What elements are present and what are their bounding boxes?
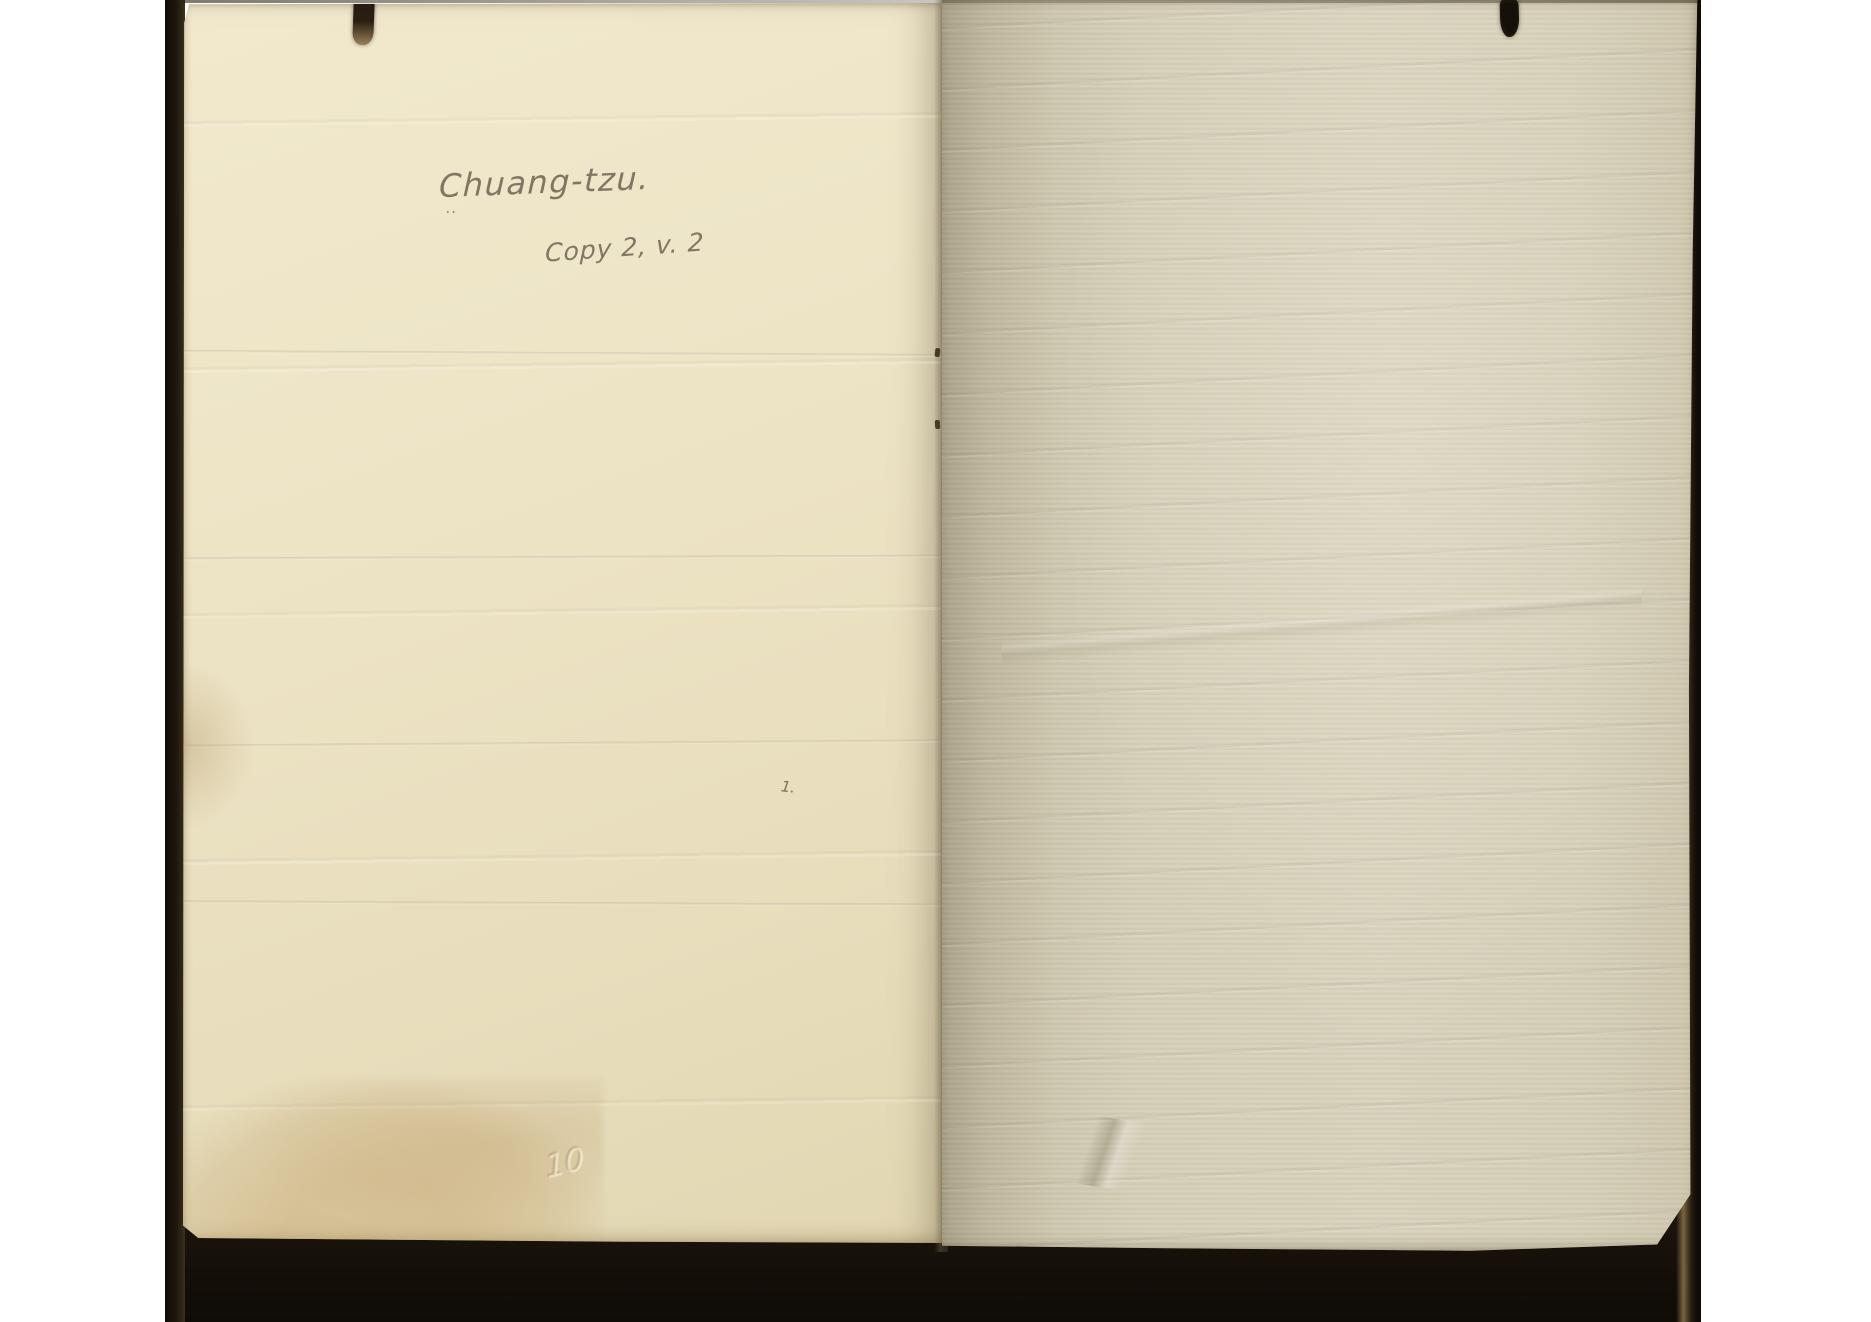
handwritten-title: Chuang-tzu. <box>438 159 650 205</box>
book-left-edge <box>165 0 185 1322</box>
fastener-hole-right-icon <box>1499 0 1519 37</box>
water-stain-bottom <box>178 1078 603 1253</box>
book-scan: Chuang-tzu. .. Copy 2, v. 2 1. 10 <box>0 0 1871 1322</box>
water-stain-left-edge <box>173 663 253 828</box>
binding-stitch <box>935 420 941 429</box>
page-top-edge <box>183 0 1698 3</box>
binding-stitch <box>935 348 941 357</box>
fastener-hole-left-icon <box>352 0 375 45</box>
page-wrinkle <box>1002 560 1642 680</box>
right-page <box>942 0 1698 1252</box>
left-page: Chuang-tzu. .. Copy 2, v. 2 1. 10 <box>183 3 943 1243</box>
page-wrinkle <box>939 1093 1276 1214</box>
stray-pencil-mark: 1. <box>780 777 796 797</box>
handwritten-underdots: .. <box>446 199 458 217</box>
